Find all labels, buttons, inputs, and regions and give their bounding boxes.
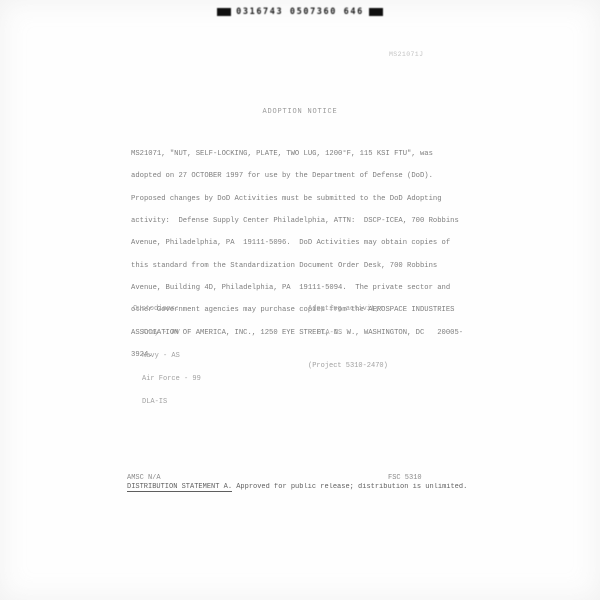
project-number: (Project 5310-2470)	[308, 363, 388, 371]
custodians-heading: Custodians:	[133, 306, 201, 314]
adopting-activity-block: Adopting activity: DLA-IS (Project 5310-…	[308, 291, 388, 386]
distribution-statement-label: DISTRIBUTION STATEMENT A.	[127, 483, 232, 492]
fsc-code: FSC 5310	[388, 474, 422, 482]
amsc-code: AMSC N/A	[127, 474, 161, 482]
body-line: MS21071, "NUT, SELF-LOCKING, PLATE, TWO …	[131, 151, 479, 158]
custodians-block: Custodians: Army - AV Navy - AS Air Forc…	[133, 291, 201, 422]
custodian-army: Army - AV	[133, 330, 201, 338]
body-line: this standard from the Standardization D…	[131, 263, 479, 270]
distribution-statement: DISTRIBUTION STATEMENT A. Approved for p…	[127, 483, 487, 491]
body-line: adopted on 27 OCTOBER 1997 for use by th…	[131, 173, 479, 180]
accession-stamp: 0316743 0507360 646	[0, 3, 600, 21]
body-line: Avenue, Philadelphia, PA 19111-5096. DoD…	[131, 240, 479, 247]
stamp-left-block-icon	[217, 8, 231, 16]
stamp-right-block-icon	[369, 8, 383, 16]
custodian-navy: Navy - AS	[133, 353, 201, 361]
scanned-document-page: 0316743 0507360 646 MS21071J ADOPTION NO…	[0, 0, 600, 600]
page-title: ADOPTION NOTICE	[0, 108, 600, 116]
custodian-air-force: Air Force - 99	[133, 376, 201, 384]
adopting-activity-value: DLA-IS	[308, 330, 388, 338]
body-line: activity: Defense Supply Center Philadel…	[131, 218, 479, 225]
body-line: Proposed changes by DoD Activities must …	[131, 196, 479, 203]
custodian-dla: DLA-IS	[133, 399, 201, 407]
adopting-activity-heading: Adopting activity:	[308, 306, 388, 314]
distribution-statement-text: Approved for public release; distributio…	[232, 483, 467, 491]
stamp-digits: 0316743 0507360 646	[236, 7, 364, 17]
doc-number-faint: MS21071J	[389, 51, 423, 58]
